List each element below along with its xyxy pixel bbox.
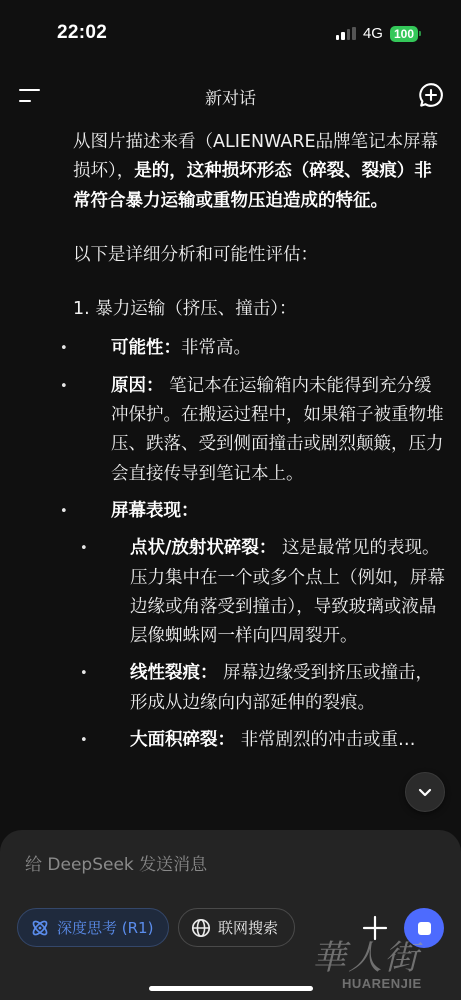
list-item: 可能性：非常高。 [35, 334, 445, 363]
bullet-label: 原因： [111, 376, 164, 396]
stop-generating-button[interactable] [404, 908, 444, 948]
sub-bullet-text: 非常剧烈的冲击或重… [235, 730, 416, 750]
deep-think-label: 深度思考 (R1) [57, 917, 153, 938]
bullet-text: 非常高。 [181, 338, 251, 358]
attach-button[interactable] [362, 915, 388, 941]
home-indicator[interactable] [149, 986, 313, 991]
app-header: 新对话 [0, 72, 461, 120]
stop-icon [418, 922, 431, 935]
web-search-toggle[interactable]: 联网搜索 [178, 908, 295, 947]
battery-tip [419, 31, 421, 36]
status-time: 22:02 [57, 22, 107, 44]
message-composer: 深度思考 (R1) 联网搜索 [0, 830, 461, 1000]
section-number: 1. [73, 299, 90, 319]
section-heading: 1. 暴力运输（挤压、撞击）： [73, 295, 445, 324]
list-item: 原因： 笔记本在运输箱内未能得到充分缓冲保护。在搬运过程中，如果箱子被重物堆压、… [35, 372, 445, 489]
status-indicators: 4G 100 [336, 25, 421, 42]
plus-icon [362, 915, 388, 941]
battery-icon: 100 [390, 26, 421, 42]
assistant-message: 从图片描述来看（ALIENWARE品牌笔记本屏幕损坏），是的，这种损坏形态（碎裂… [73, 128, 445, 763]
sub-list-item: 大面积碎裂： 非常剧烈的冲击或重… [35, 726, 445, 755]
sub-bullet-label: 大面积碎裂： [130, 730, 235, 750]
bullet-label: 可能性： [111, 338, 181, 358]
sub-bullet-label: 点状/放射状碎裂： [130, 538, 276, 558]
new-chat-icon [417, 81, 445, 109]
list-item: 屏幕表现： [35, 497, 445, 526]
page-title: 新对话 [0, 84, 461, 109]
screen: 22:02 4G 100 新对话 [0, 0, 461, 1000]
message-input[interactable] [25, 852, 425, 878]
battery-level: 100 [390, 26, 418, 42]
sub-list-item: 线性裂痕： 屏幕边缘受到挤压或撞击，形成从边缘向内部延伸的裂痕。 [35, 659, 445, 718]
lead-paragraph: 以下是详细分析和可能性评估： [73, 241, 445, 270]
signal-icon [336, 27, 356, 40]
bullet-label: 屏幕表现： [111, 501, 199, 521]
sub-bullet-label: 线性裂痕： [130, 663, 218, 683]
intro-paragraph: 从图片描述来看（ALIENWARE品牌笔记本屏幕损坏），是的，这种损坏形态（碎裂… [73, 128, 445, 216]
web-search-label: 联网搜索 [218, 917, 278, 938]
scroll-to-bottom-button[interactable] [405, 772, 445, 812]
chevron-down-icon [416, 783, 434, 801]
globe-icon [191, 918, 211, 938]
new-chat-button[interactable] [417, 81, 445, 109]
deep-think-toggle[interactable]: 深度思考 (R1) [17, 908, 169, 947]
status-bar: 22:02 4G 100 [0, 0, 461, 60]
network-type: 4G [363, 25, 383, 42]
section-title: 暴力运输（挤压、撞击）： [95, 299, 296, 319]
sub-list-item: 点状/放射状碎裂： 这是最常见的表现。压力集中在一个或多个点上（例如，屏幕边缘或… [35, 534, 445, 651]
atom-icon [30, 918, 50, 938]
